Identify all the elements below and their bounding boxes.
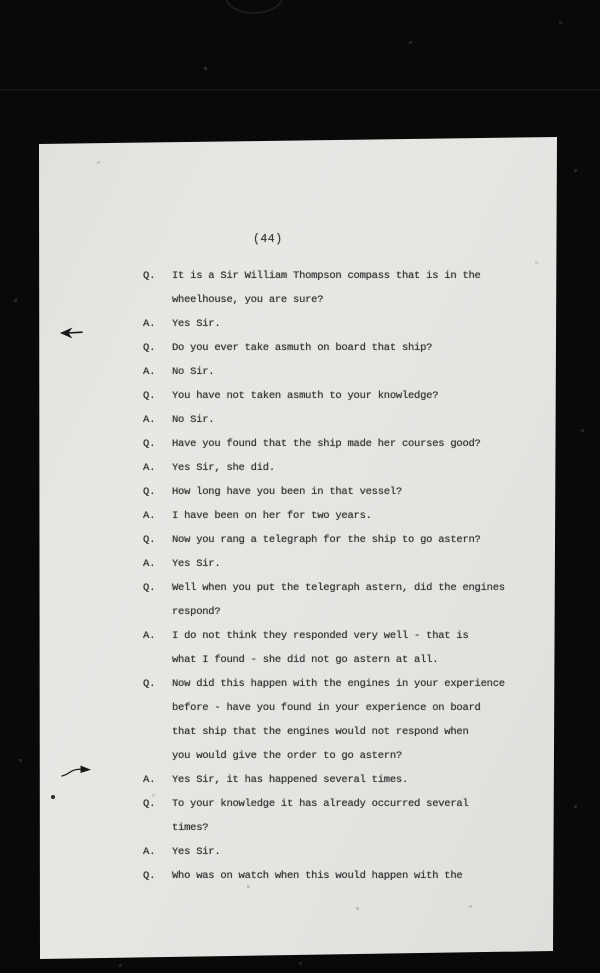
speaker-label: Q.: [143, 264, 172, 312]
entry-line: How long have you been in that vessel?: [172, 480, 402, 504]
entry-line: I do not think they responded very well …: [172, 624, 469, 648]
ink-dot: [51, 795, 55, 799]
scanned-document-photo: { "document": { "page_number": "(44)", "…: [0, 0, 600, 973]
entry-text: To your knowledge it has already occurre…: [172, 792, 469, 840]
qa-entry: A.Yes Sir, she did.: [143, 456, 505, 480]
speaker-label: Q.: [143, 384, 172, 408]
speaker-label: Q.: [143, 864, 172, 888]
speaker-label: A.: [143, 408, 172, 432]
entry-line: Well when you put the telegraph astern, …: [172, 576, 505, 600]
qa-entry: A.Yes Sir.: [143, 840, 505, 864]
qa-entry: Q.To your knowledge it has already occur…: [143, 792, 505, 840]
entry-line: Have you found that the ship made her co…: [172, 432, 481, 456]
qa-entry: A.Yes Sir, it has happened several times…: [143, 768, 505, 792]
entry-text: Yes Sir.: [172, 552, 220, 576]
entry-line: Do you ever take asmuth on board that sh…: [172, 336, 432, 360]
entry-text: You have not taken asmuth to your knowle…: [172, 384, 438, 408]
qa-entry: Q.It is a Sir William Thompson compass t…: [143, 264, 505, 312]
entry-line: Now did this happen with the engines in …: [172, 672, 505, 696]
entry-line: Yes Sir.: [172, 840, 220, 864]
qa-entry: A.I do not think they responded very wel…: [143, 624, 505, 672]
dust-specks: [0, 0, 1, 1]
entry-text: Well when you put the telegraph astern, …: [172, 576, 505, 624]
speaker-label: Q.: [143, 792, 172, 840]
entry-line: Yes Sir.: [172, 552, 220, 576]
entry-text: No Sir.: [172, 360, 214, 384]
page-number: (44): [253, 233, 283, 246]
qa-entry: Q.Well when you put the telegraph astern…: [143, 576, 505, 624]
entry-text: Yes Sir, it has happened several times.: [172, 768, 408, 792]
entry-line: before - have you found in your experien…: [172, 696, 505, 720]
speaker-label: A.: [143, 624, 172, 672]
speaker-label: Q.: [143, 576, 172, 624]
entry-text: Have you found that the ship made her co…: [172, 432, 481, 456]
speaker-label: A.: [143, 840, 172, 864]
qa-entry: Q.How long have you been in that vessel?: [143, 480, 505, 504]
entry-line: It is a Sir William Thompson compass tha…: [172, 264, 481, 288]
speaker-label: Q.: [143, 480, 172, 504]
entry-line: I have been on her for two years.: [172, 504, 372, 528]
speaker-label: A.: [143, 360, 172, 384]
speaker-label: Q.: [143, 528, 172, 552]
qa-entry: A.Yes Sir.: [143, 312, 505, 336]
qa-entry: Q.Now you rang a telegraph for the ship …: [143, 528, 505, 552]
entry-line: Now you rang a telegraph for the ship to…: [172, 528, 481, 552]
entry-text: How long have you been in that vessel?: [172, 480, 402, 504]
entry-line: Yes Sir, she did.: [172, 456, 275, 480]
entry-text: Now did this happen with the engines in …: [172, 672, 505, 768]
entry-text: No Sir.: [172, 408, 214, 432]
qa-entry: A.No Sir.: [143, 360, 505, 384]
entry-text: Yes Sir.: [172, 312, 220, 336]
entry-line: Yes Sir.: [172, 312, 220, 336]
handwritten-left-arrow-icon: [58, 325, 84, 341]
entry-line: times?: [172, 816, 469, 840]
speaker-label: A.: [143, 312, 172, 336]
qa-entries: Q.It is a Sir William Thompson compass t…: [143, 264, 505, 888]
film-scratch-line: [0, 89, 600, 91]
entry-text: I do not think they responded very well …: [172, 624, 469, 672]
entry-text: Yes Sir, she did.: [172, 456, 275, 480]
qa-entry: Q.Who was on watch when this would happe…: [143, 864, 505, 888]
entry-text: Yes Sir.: [172, 840, 220, 864]
speaker-label: Q.: [143, 672, 172, 768]
handwritten-right-arrow-icon: [60, 763, 94, 780]
qa-entry: Q.You have not taken asmuth to your know…: [143, 384, 505, 408]
entry-line: what I found - she did not go astern at …: [172, 648, 469, 672]
paper-specks: [39, 137, 40, 138]
entry-text: It is a Sir William Thompson compass tha…: [172, 264, 481, 312]
qa-entry: Q.Do you ever take asmuth on board that …: [143, 336, 505, 360]
entry-line: No Sir.: [172, 360, 214, 384]
entry-text: Do you ever take asmuth on board that sh…: [172, 336, 432, 360]
film-arc-mark: [225, 0, 283, 14]
qa-entry: A.Yes Sir.: [143, 552, 505, 576]
entry-line: wheelhouse, you are sure?: [172, 288, 481, 312]
document-page: (44) Q.It is a Sir William Thompson comp…: [39, 137, 557, 959]
entry-text: Now you rang a telegraph for the ship to…: [172, 528, 481, 552]
entry-line: No Sir.: [172, 408, 214, 432]
entry-line: that ship that the engines would not res…: [172, 720, 505, 744]
qa-entry: Q.Now did this happen with the engines i…: [143, 672, 505, 768]
entry-text: Who was on watch when this would happen …: [172, 864, 462, 888]
speaker-label: A.: [143, 552, 172, 576]
entry-line: Who was on watch when this would happen …: [172, 864, 462, 888]
speaker-label: A.: [143, 768, 172, 792]
entry-line: you would give the order to go astern?: [172, 744, 505, 768]
entry-line: To your knowledge it has already occurre…: [172, 792, 469, 816]
entry-text: I have been on her for two years.: [172, 504, 372, 528]
qa-entry: A.I have been on her for two years.: [143, 504, 505, 528]
entry-line: You have not taken asmuth to your knowle…: [172, 384, 438, 408]
entry-line: Yes Sir, it has happened several times.: [172, 768, 408, 792]
speaker-label: A.: [143, 504, 172, 528]
qa-entry: A.No Sir.: [143, 408, 505, 432]
qa-entry: Q.Have you found that the ship made her …: [143, 432, 505, 456]
speaker-label: Q.: [143, 432, 172, 456]
speaker-label: A.: [143, 456, 172, 480]
speaker-label: Q.: [143, 336, 172, 360]
entry-line: respond?: [172, 600, 505, 624]
